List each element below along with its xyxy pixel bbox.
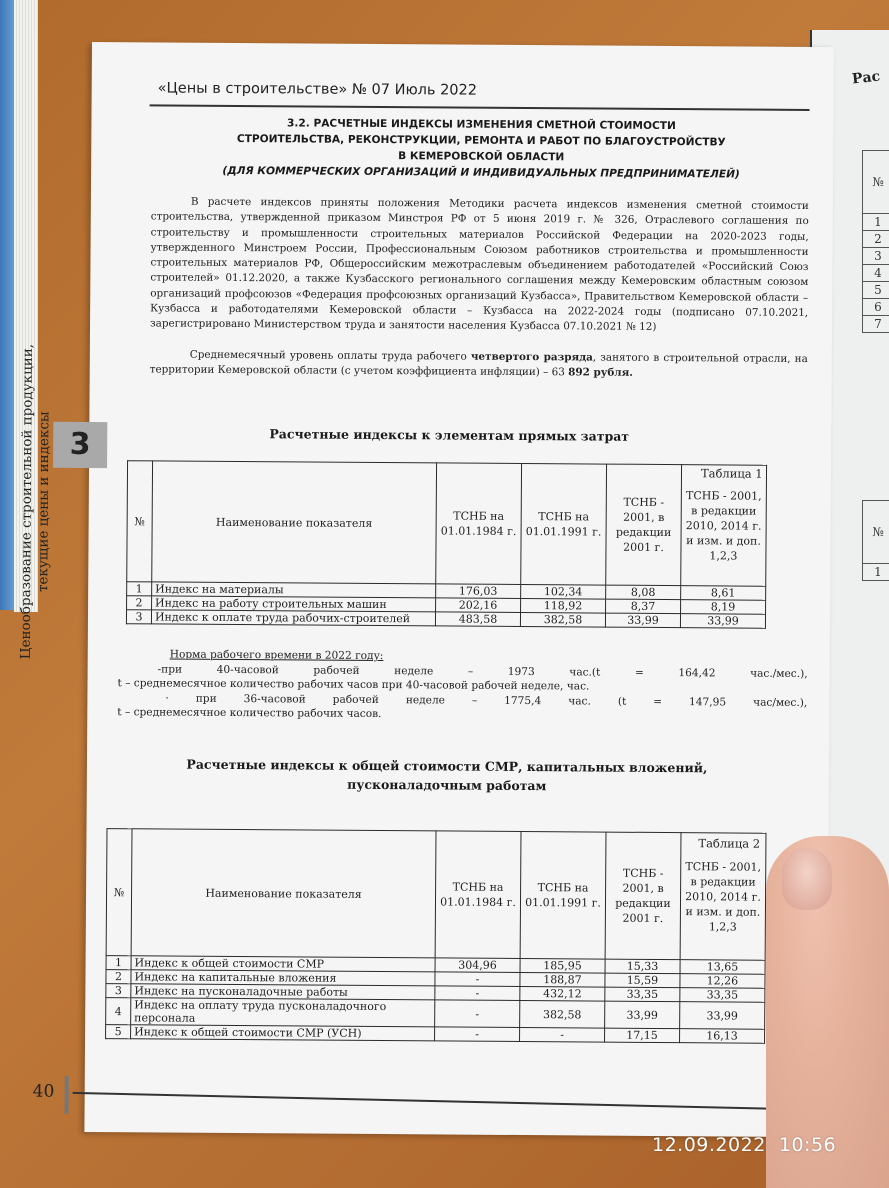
wage-amount: 892 рубля. — [568, 367, 633, 379]
side-title-line: текущие цены и индексы — [34, 312, 54, 692]
row-number: 2 — [863, 231, 889, 248]
value-2010: 13,65 — [680, 960, 765, 975]
table1-heading: Расчетные индексы к элементам прямых зат… — [149, 425, 749, 444]
row-number: 7 — [863, 316, 889, 333]
table-row: 3 — [863, 248, 889, 265]
work-time-token: при — [196, 691, 217, 706]
row-number: 3 — [863, 248, 889, 265]
value-1984: - — [435, 986, 520, 1001]
facing-page-table-a: №1234567 — [862, 150, 889, 333]
value-1984: 176,03 — [436, 584, 521, 599]
value-2001: 33,35 — [605, 987, 680, 1002]
row-number: 3 — [126, 610, 151, 624]
value-2001: 8,37 — [606, 599, 681, 614]
footer-rule — [73, 1092, 793, 1110]
intro-paragraph: В расчете индексов приняты положения Мет… — [150, 194, 809, 336]
column-header: Наименование показателя — [152, 461, 437, 584]
column-header: ТСНБ на 01.01.1984 г. — [435, 831, 521, 959]
work-time-token: 1973 — [508, 664, 535, 679]
value-1991: 382,58 — [520, 1001, 605, 1029]
section-title: 3.2. РАСЧЕТНЫЕ ИНДЕКСЫ ИЗМЕНЕНИЯ СМЕТНОЙ… — [161, 114, 801, 182]
thumb-nail — [782, 848, 832, 910]
value-2001: 33,99 — [605, 613, 680, 628]
value-2010: 33,99 — [680, 1002, 765, 1030]
work-time-token: 164,42 — [678, 666, 715, 681]
column-header: ТСНБ на 01.01.1984 г. — [436, 463, 522, 585]
value-1984: 483,58 — [435, 612, 520, 627]
value-2001: 15,59 — [605, 973, 680, 988]
value-2010: 33,35 — [680, 988, 765, 1003]
work-time-token: рабочей — [333, 692, 379, 707]
value-2001: 8,08 — [606, 585, 681, 600]
table-row: 5 — [863, 282, 889, 299]
value-2001: 17,15 — [605, 1028, 680, 1043]
footer-bar — [65, 1076, 69, 1114]
indicator-name: Индекс на работу строительных машин — [152, 596, 436, 612]
value-1984: - — [435, 1027, 520, 1042]
work-time-token: рабочей — [313, 663, 359, 678]
work-time-token: час.(t — [569, 665, 600, 680]
table2-heading: Расчетные индексы к общей стоимости СМР,… — [117, 754, 777, 797]
work-time-token: -при — [158, 662, 183, 677]
chapter-number-tab: 3 — [53, 422, 107, 468]
wage-text: Среднемесячный уровень оплаты труда рабо… — [190, 349, 471, 363]
column-header: ТСНБ - 2001, в редакции 2010, 2014 г. и … — [681, 465, 767, 587]
table-row: 1 — [863, 214, 889, 231]
column-header: ТСНБ - 2001, в редакции 2001 г. — [605, 832, 681, 960]
running-head: «Цены в строительстве» № 07 Июль 2022 — [158, 80, 477, 98]
value-1984: 202,16 — [436, 598, 521, 613]
work-time-token: 36-часовой — [244, 692, 306, 707]
indicator-name: Индекс на пусконаладочные работы — [131, 984, 435, 1000]
table-row: 1 — [863, 564, 889, 581]
table-row: № — [863, 151, 889, 214]
work-time-token: · — [165, 691, 168, 706]
facing-page-title: Рас — [851, 69, 881, 88]
column-header: № — [106, 829, 132, 956]
value-2010: 8,61 — [681, 586, 766, 601]
value-2001: 33,99 — [605, 1001, 680, 1029]
section-subtitle: (ДЛЯ КОММЕРЧЕСКИХ ОРГАНИЗАЦИЙ И ИНДИВИДУ… — [161, 162, 801, 182]
table-row: № — [863, 501, 889, 564]
chapter-side-title: Ценообразование строительной продукции, … — [17, 312, 54, 692]
row-number: 1 — [127, 582, 152, 596]
value-2010: 8,19 — [681, 600, 766, 615]
indicator-name: Индекс к общей стоимости СМР — [131, 956, 435, 972]
value-1991: 432,12 — [520, 987, 605, 1002]
column-header: ТСНБ - 2001, в редакции 2010, 2014 г. и … — [680, 833, 766, 961]
table-row: 2 — [863, 231, 889, 248]
column-header: ТСНБ на 01.01.1991 г. — [520, 832, 606, 960]
value-1984: - — [435, 972, 520, 987]
work-time-token: неделе — [394, 664, 433, 679]
header-rule — [150, 104, 810, 110]
value-1984: - — [435, 1000, 520, 1028]
value-1991: 188,87 — [520, 973, 605, 988]
row-number: 6 — [863, 299, 889, 316]
indicator-name: Индекс к общей стоимости СМР (УСН) — [131, 1025, 435, 1041]
work-time-token: – — [472, 693, 477, 708]
work-time-token: час./мес.), — [750, 666, 808, 681]
work-time-token: = — [635, 665, 644, 680]
work-time-token: = — [653, 694, 662, 709]
column-header: № — [127, 461, 153, 582]
indicator-name: Индекс на материалы — [152, 582, 436, 598]
value-2010: 16,13 — [680, 1029, 765, 1044]
row-number: 4 — [863, 265, 889, 282]
value-2001: 15,33 — [605, 959, 680, 974]
page-number: 40 — [33, 1082, 55, 1102]
column-header: № — [863, 501, 889, 564]
intro-text: В расчете индексов приняты положения Мет… — [150, 196, 809, 334]
row-number: 1 — [863, 564, 889, 581]
value-1991: - — [520, 1028, 605, 1043]
column-header: ТСНБ - 2001, в редакции 2001 г. — [606, 464, 682, 586]
row-number: 2 — [127, 596, 152, 610]
document-page: «Цены в строительстве» № 07 Июль 2022 3.… — [84, 42, 834, 1137]
row-number: 4 — [106, 998, 131, 1025]
wage-paragraph: Среднемесячный уровень оплаты труда рабо… — [150, 347, 808, 382]
work-time-token: (t — [618, 694, 626, 709]
work-time-token: час/мес.), — [753, 695, 807, 710]
row-number: 5 — [106, 1025, 131, 1039]
row-number: 1 — [106, 956, 131, 970]
value-1991: 185,95 — [520, 959, 605, 974]
work-time-token: неделе — [406, 693, 445, 708]
table-row: 4 — [863, 265, 889, 282]
row-number: 1 — [863, 214, 889, 231]
facing-page-table-b: №1 — [862, 500, 889, 581]
work-time-token: – — [468, 664, 473, 679]
value-1991: 118,92 — [521, 599, 606, 614]
wage-grade: четвертого разряда — [471, 351, 593, 364]
table-row: 7 — [863, 316, 889, 333]
column-header: ТСНБ на 01.01.1991 г. — [521, 464, 607, 586]
value-1984: 304,96 — [435, 958, 520, 973]
indicator-name: Индекс на оплату труда пусконаладочного … — [131, 998, 435, 1027]
row-number: 5 — [863, 282, 889, 299]
indicator-name: Индекс на капитальные вложения — [131, 970, 435, 986]
work-time-token: час. — [568, 694, 591, 709]
column-header: № — [863, 151, 889, 214]
table-total-cost: №Наименование показателяТСНБ на 01.01.19… — [105, 828, 766, 1044]
value-1991: 382,58 — [520, 613, 605, 628]
indicator-name: Индекс к оплате труда рабочих-строителей — [151, 610, 435, 626]
table-row: 6 — [863, 299, 889, 316]
work-time-norm: Норма рабочего времени в 2022 году: -при… — [117, 647, 807, 724]
column-header: Наименование показателя — [131, 829, 436, 958]
row-number: 3 — [106, 984, 131, 998]
value-2010: 12,26 — [680, 974, 765, 989]
value-2010: 33,99 — [680, 614, 765, 629]
row-number: 2 — [106, 970, 131, 984]
value-1991: 102,34 — [521, 585, 606, 600]
work-time-token: 147,95 — [689, 695, 726, 710]
work-time-token: 40-часовой — [217, 662, 279, 677]
table-direct-costs: №Наименование показателяТСНБ на 01.01.19… — [126, 460, 767, 628]
side-title-line: Ценообразование строительной продукции, — [17, 312, 37, 692]
camera-timestamp: 12.09.2022 10:56 — [652, 1134, 836, 1156]
work-time-token: 1775,4 — [504, 693, 541, 708]
